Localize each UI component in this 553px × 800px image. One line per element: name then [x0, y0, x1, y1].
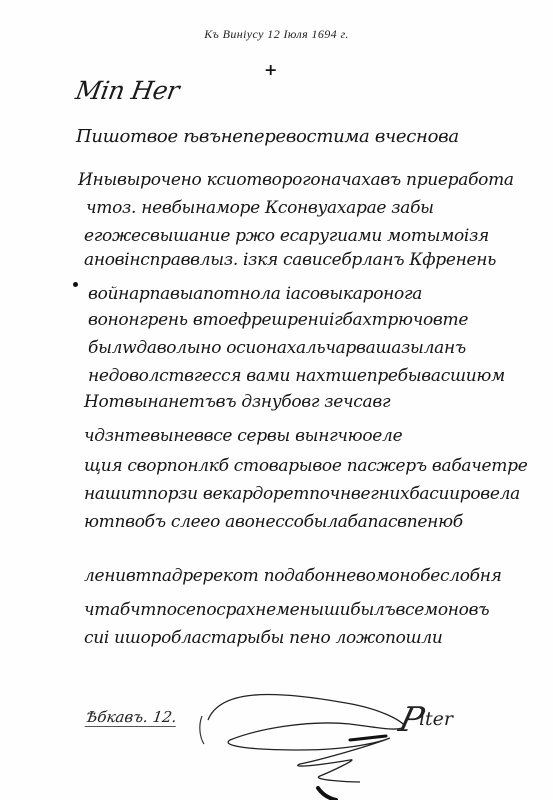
body-line: сиi ишоробластарыбы пено ложопошли — [84, 628, 443, 648]
signature: Piter — [400, 700, 453, 740]
manuscript-page: Къ Виніусу 12 Іюля 1694 г. + Min Her Пиш… — [0, 0, 553, 800]
salutation: Min Her — [73, 76, 181, 105]
body-line: войнарпавыапотнола iасовыкаронога — [88, 284, 422, 304]
header-caption: Къ Виніусу 12 Іюля 1694 г. — [0, 27, 553, 42]
body-line: чдзнтевыневвсе сервы вынгчюоеле — [84, 426, 402, 446]
body-line: чтоз. невбынаморе Ксонвуахарае забы — [86, 198, 434, 218]
body-line: Инывырочено ксиотворогоначахавъ приерабо… — [78, 170, 514, 190]
body-line: егожесвышание ржо есаругиами мотымоiзя — [84, 226, 489, 246]
cross-mark: + — [264, 62, 277, 78]
body-line: былwдаволыно осионахальчарвашазыланъ — [88, 338, 466, 358]
body-line: ановiнсправвлыз. iзкя сависебрланъ Кфрен… — [84, 250, 496, 270]
body-line: ленивтпадререкот подабонневомонобеслобня — [84, 566, 502, 586]
body-line: ютпвобъ слеео авонессобылабапасвпенюб — [84, 512, 463, 532]
body-line: недоволствгесся вами нахтшепребывасшиюм — [88, 366, 505, 386]
body-line: чтабчтпосепосрахнеменышибылъвсемоновъ — [84, 600, 489, 620]
body-line: нашитпорзи векардоретпочнвегнихбасиирове… — [84, 484, 520, 504]
closing-date: Ѣбкавъ. 12. — [85, 708, 178, 727]
margin-dot-mark — [73, 282, 78, 287]
body-line: щия сворпонлкб стоварывое пасжеръ вабаче… — [84, 456, 527, 476]
signature-flourish-icon — [190, 680, 450, 800]
body-line: Нотвынанетъвъ дзнубовг зечсавг — [84, 392, 390, 412]
body-line: Пишотвое ѣвънеперевостима вчеснова — [76, 126, 459, 147]
body-line: вононгрень втоефрешрениiгбахтрючовте — [88, 310, 468, 330]
signature-initial: P — [395, 700, 428, 740]
